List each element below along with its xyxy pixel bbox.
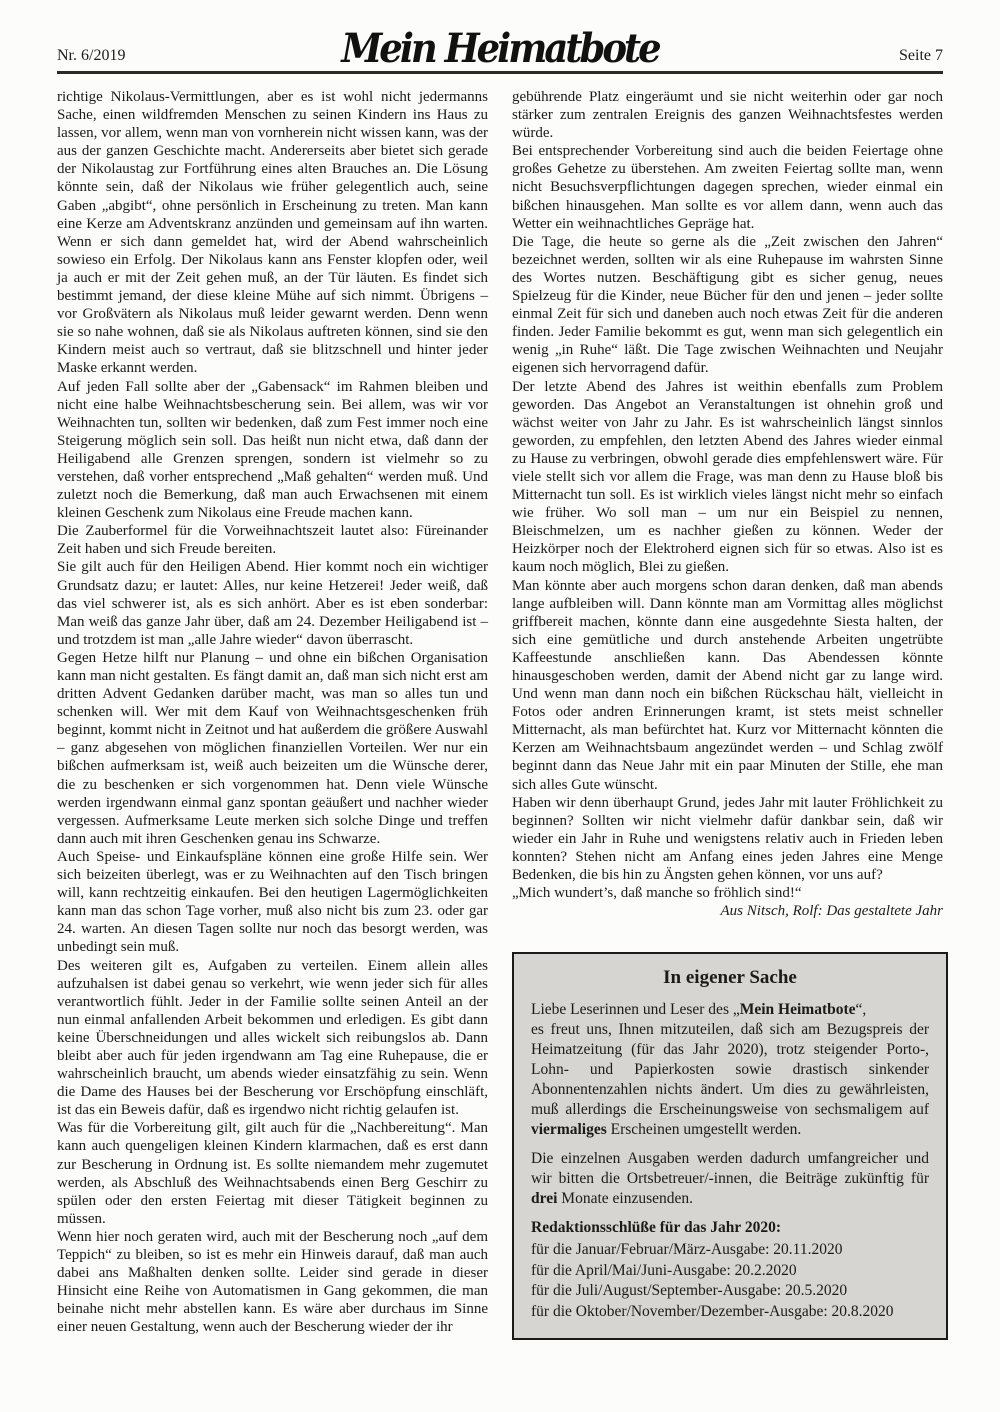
paragraph: Wenn hier noch geraten wird, auch mit de… bbox=[57, 1228, 488, 1337]
source-attribution: Aus Nitsch, Rolf: Das gestaltete Jahr bbox=[512, 902, 943, 920]
left-column: richtige Nikolaus-Vermittlungen, aber es… bbox=[57, 88, 488, 1336]
notice-salutation: Liebe Leserinnen und Leser des „Mein Hei… bbox=[531, 1000, 929, 1020]
page-number: Seite 7 bbox=[899, 47, 943, 65]
paragraph: Des weiteren gilt es, Aufgaben zu vertei… bbox=[57, 957, 488, 1120]
paragraph: Der letzte Abend des Jahres ist weithin … bbox=[512, 378, 943, 577]
header-rule bbox=[57, 71, 943, 74]
paragraph: Auch Speise- und Einkaufspläne können ei… bbox=[57, 848, 488, 957]
paragraph: Gegen Hetze hilft nur Planung – und ohne… bbox=[57, 649, 488, 848]
right-column: gebührende Platz eingeräumt und sie nich… bbox=[512, 88, 943, 920]
paragraph: Haben wir denn überhaupt Grund, jedes Ja… bbox=[512, 794, 943, 884]
deadline-item: für die Juli/August/September-Ausgabe: 2… bbox=[531, 1281, 929, 1302]
notice-paragraph: Die einzelnen Ausgaben werden dadurch um… bbox=[531, 1149, 929, 1209]
masthead-logo: Mein Heimatbote bbox=[0, 24, 1000, 72]
notice-box: In eigener Sache Liebe Leserinnen und Le… bbox=[512, 952, 948, 1340]
paragraph: Sie gilt auch für den Heiligen Abend. Hi… bbox=[57, 558, 488, 648]
paragraph: Was für die Vorbereitung gilt, gilt auch… bbox=[57, 1119, 488, 1228]
paragraph: gebührende Platz eingeräumt und sie nich… bbox=[512, 88, 943, 142]
newspaper-page: Nr. 6/2019 Mein Heimatbote Seite 7 richt… bbox=[0, 0, 1000, 1412]
paragraph: Bei entsprechender Vorbereitung sind auc… bbox=[512, 142, 943, 232]
deadlines-heading: Redaktionsschlüße für das Jahr 2020: bbox=[531, 1218, 929, 1238]
paragraph: Man könnte aber auch morgens schon daran… bbox=[512, 577, 943, 794]
deadline-item: für die Oktober/November/Dezember-Ausgab… bbox=[531, 1302, 929, 1323]
paragraph: richtige Nikolaus-Vermittlungen, aber es… bbox=[57, 88, 488, 378]
paragraph: Die Tage, die heute so gerne als die „Ze… bbox=[512, 233, 943, 378]
closing-quote: „Mich wundert’s, daß manche so fröhlich … bbox=[512, 884, 943, 902]
paragraph: Die Zauberformel für die Vorweihnachtsze… bbox=[57, 522, 488, 558]
notice-paragraph: es freut uns, Ihnen mitzuteilen, daß sic… bbox=[531, 1020, 929, 1140]
deadline-item: für die April/Mai/Juni-Ausgabe: 20.2.202… bbox=[531, 1261, 929, 1282]
notice-box-title: In eigener Sache bbox=[531, 968, 929, 988]
deadline-item: für die Januar/Februar/März-Ausgabe: 20.… bbox=[531, 1240, 929, 1261]
paragraph: Auf jeden Fall sollte aber der „Gabensac… bbox=[57, 378, 488, 523]
